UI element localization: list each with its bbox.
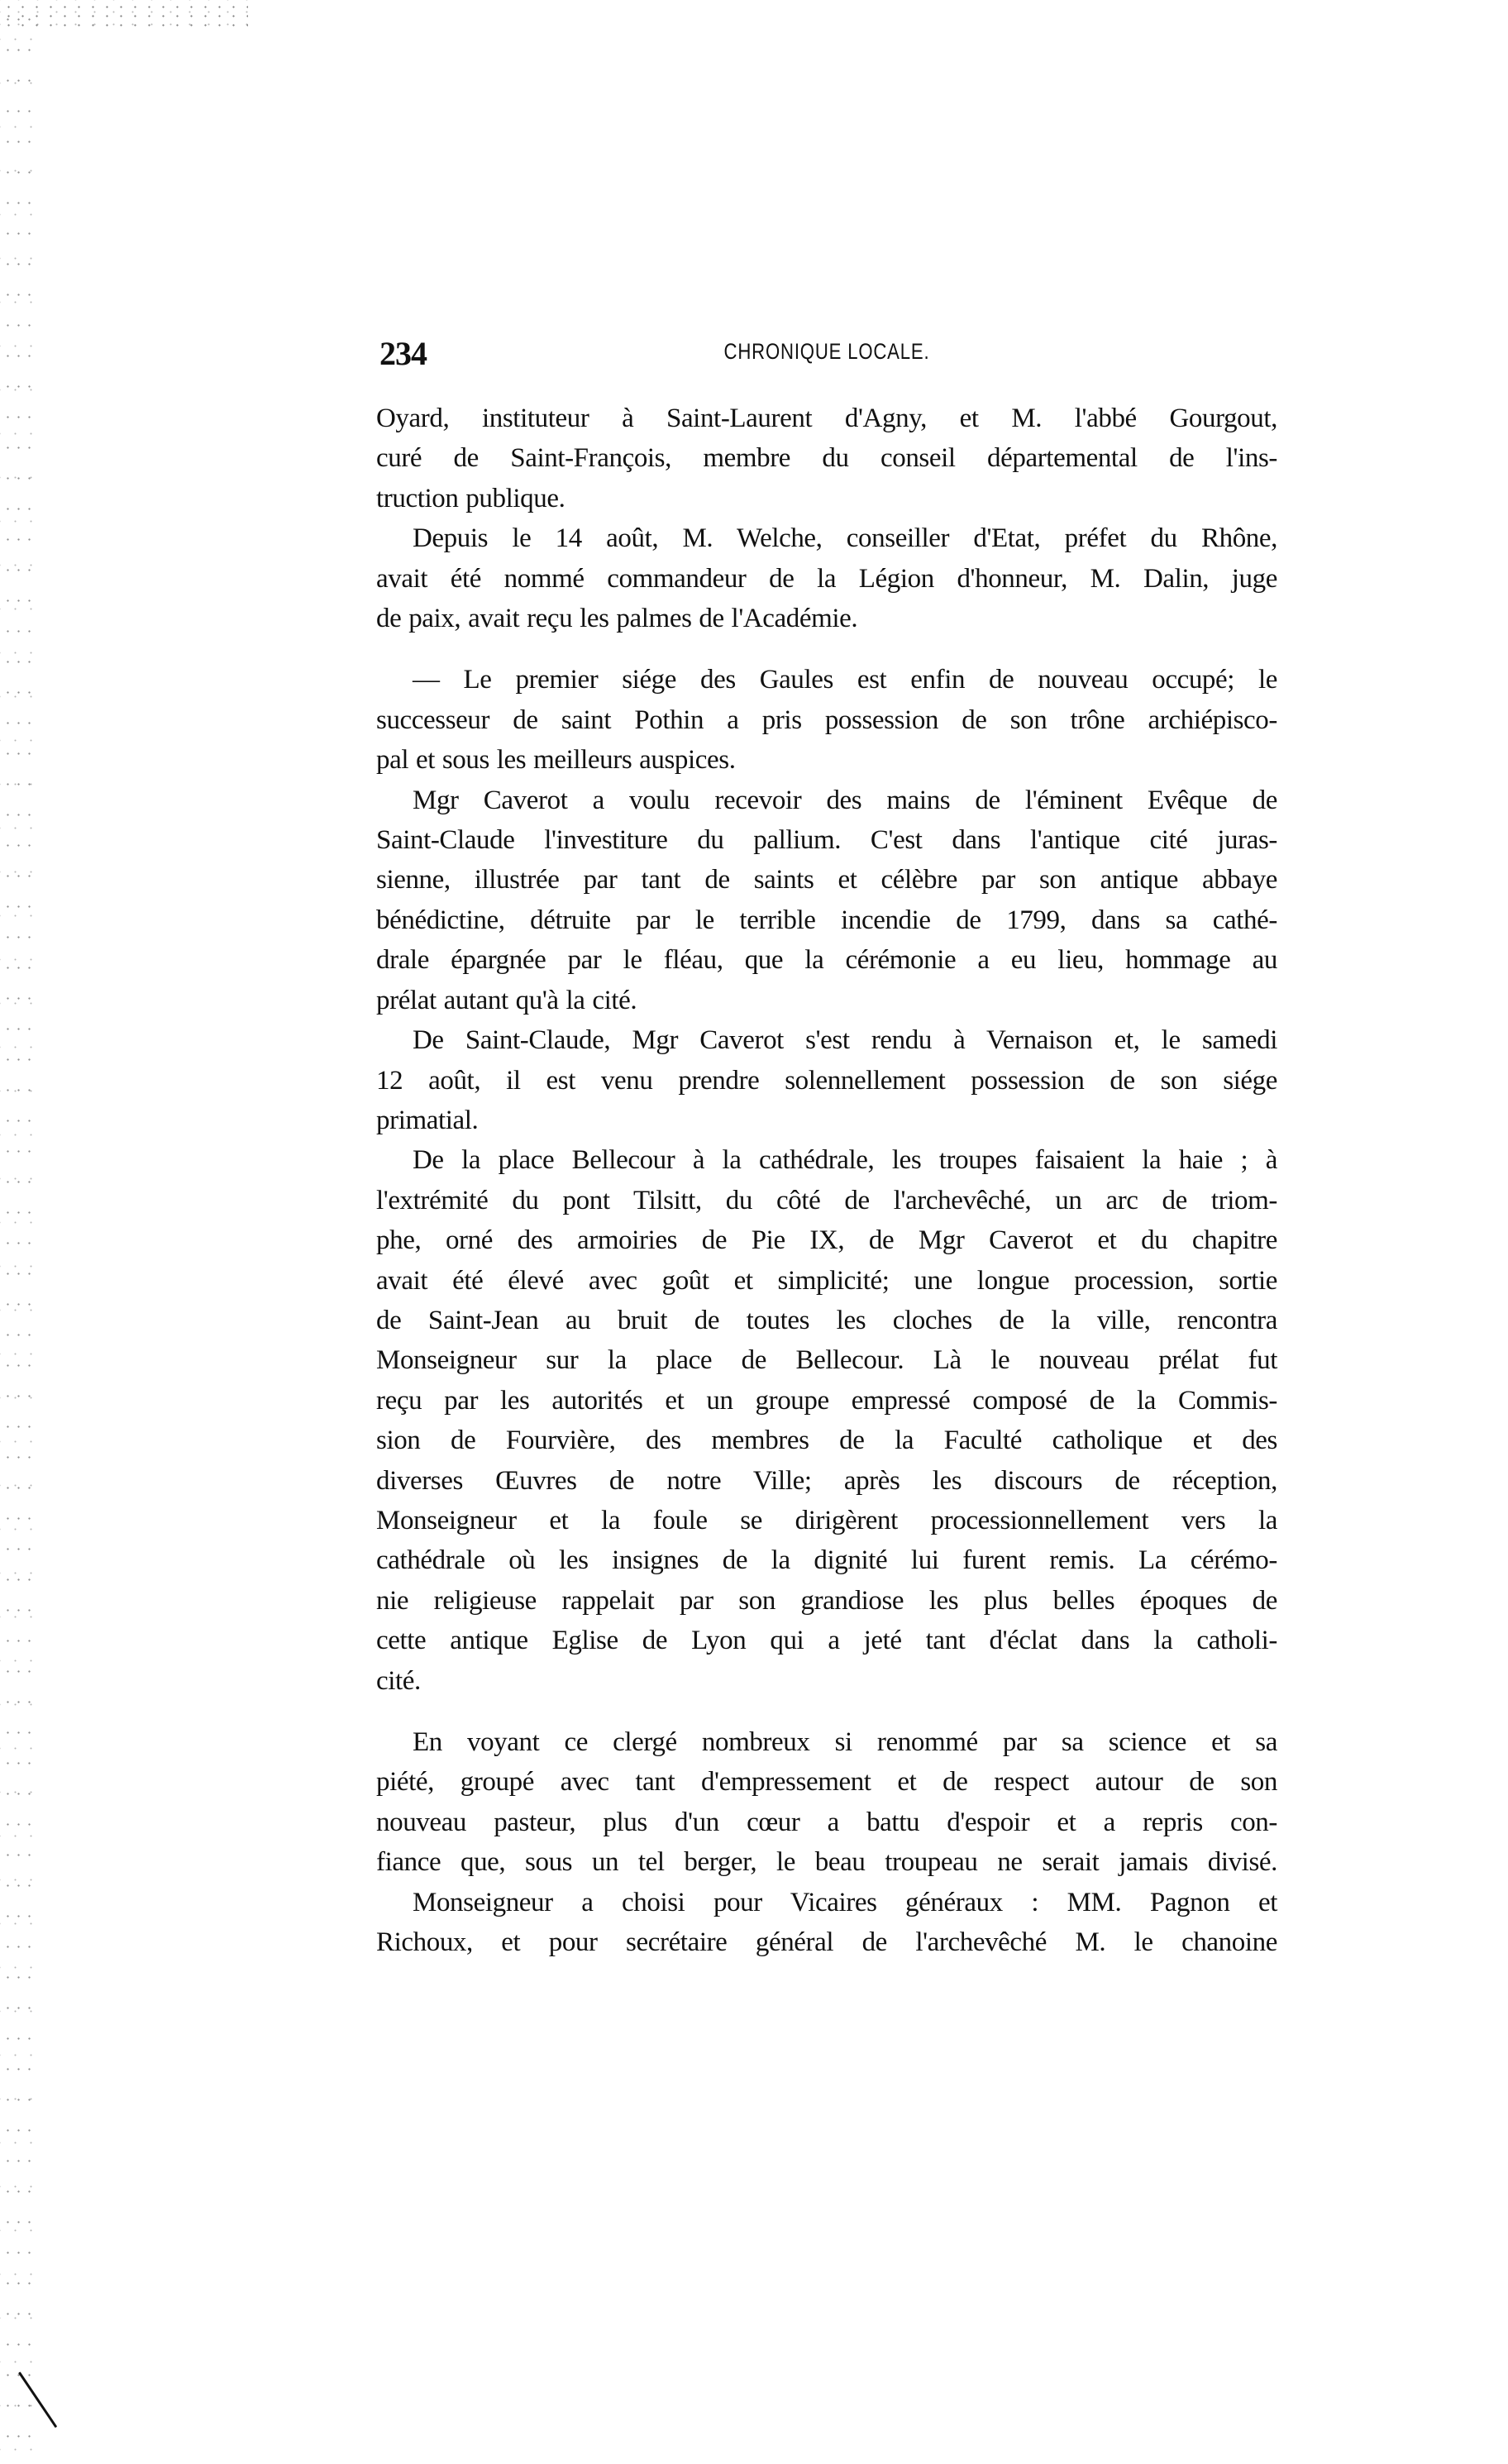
text-line: curé de Saint-François, membre du consei… <box>376 438 1277 478</box>
text-line: cité. <box>376 1661 1277 1701</box>
text-line: de paix, avait reçu les palmes de l'Acad… <box>376 599 1277 638</box>
text-line: drale épargnée par le fléau, que la céré… <box>376 940 1277 980</box>
paragraph: Monseigneur a choisi pour Vicaires génér… <box>376 1883 1277 1963</box>
text-line: diverses Œuvres de notre Ville; après le… <box>376 1461 1277 1501</box>
text-line: Depuis le 14 août, M. Welche, conseiller… <box>376 518 1277 558</box>
text-line: De Saint-Claude, Mgr Caverot s'est rendu… <box>376 1020 1277 1060</box>
paragraph: En voyant ce clergé nombreux si renommé … <box>376 1722 1277 1883</box>
text-line: Monseigneur et la foule se dirigèrent pr… <box>376 1501 1277 1540</box>
body-text: Oyard, instituteur à Saint-Laurent d'Agn… <box>376 399 1277 1962</box>
text-line: Mgr Caverot a voulu recevoir des mains d… <box>376 781 1277 820</box>
text-line: En voyant ce clergé nombreux si renommé … <box>376 1722 1277 1762</box>
scan-speckle-top-edge <box>0 0 248 33</box>
text-column: 234 CHRONIQUE LOCALE. Oyard, instituteur… <box>376 331 1277 1962</box>
text-line: bénédictine, détruite par le terrible in… <box>376 900 1277 940</box>
text-line: prélat autant qu'à la cité. <box>376 981 1277 1020</box>
text-line: fiance que, sous un tel berger, le beau … <box>376 1842 1277 1882</box>
text-line: de Saint-Jean au bruit de toutes les clo… <box>376 1301 1277 1340</box>
paragraph: Oyard, instituteur à Saint-Laurent d'Agn… <box>376 399 1277 518</box>
paragraph: De Saint-Claude, Mgr Caverot s'est rendu… <box>376 1020 1277 1140</box>
paragraph: Mgr Caverot a voulu recevoir des mains d… <box>376 781 1277 1020</box>
text-line: Oyard, instituteur à Saint-Laurent d'Agn… <box>376 399 1277 438</box>
text-line: avait été nommé commandeur de la Légion … <box>376 559 1277 599</box>
text-line: sion de Fourvière, des membres de la Fac… <box>376 1421 1277 1460</box>
text-line: — Le premier siége des Gaules est enfin … <box>376 660 1277 700</box>
text-line: pal et sous les meilleurs auspices. <box>376 740 1277 780</box>
text-line: 12 août, il est venu prendre solennellem… <box>376 1061 1277 1101</box>
text-line: primatial. <box>376 1101 1277 1140</box>
scanned-page: 234 CHRONIQUE LOCALE. Oyard, instituteur… <box>0 0 1508 2464</box>
text-line: truction publique. <box>376 479 1277 518</box>
text-line: Monseigneur a choisi pour Vicaires génér… <box>376 1883 1277 1922</box>
text-line: cette antique Eglise de Lyon qui a jeté … <box>376 1621 1277 1660</box>
text-line: De la place Bellecour à la cathédrale, l… <box>376 1140 1277 1180</box>
text-line: cathédrale où les insignes de la dignité… <box>376 1540 1277 1580</box>
paragraph: — Le premier siége des Gaules est enfin … <box>376 660 1277 780</box>
text-line: nouveau pasteur, plus d'un cœur a battu … <box>376 1803 1277 1842</box>
running-title: CHRONIQUE LOCALE. <box>457 339 1196 365</box>
text-line: nie religieuse rappelait par son grandio… <box>376 1581 1277 1621</box>
paragraph: Depuis le 14 août, M. Welche, conseiller… <box>376 518 1277 638</box>
running-head: 234 CHRONIQUE LOCALE. <box>376 331 1277 380</box>
text-line: l'extrémité du pont Tilsitt, du côté de … <box>376 1181 1277 1220</box>
text-line: Richoux, et pour secrétaire général de l… <box>376 1922 1277 1962</box>
text-line: Monseigneur sur la place de Bellecour. L… <box>376 1340 1277 1380</box>
scan-speckle-left-edge <box>0 0 33 2464</box>
text-line: Saint-Claude l'investiture du pallium. C… <box>376 820 1277 860</box>
text-line: sienne, illustrée par tant de saints et … <box>376 860 1277 900</box>
paragraph: De la place Bellecour à la cathédrale, l… <box>376 1140 1277 1701</box>
text-line: successeur de saint Pothin a pris posses… <box>376 700 1277 740</box>
text-line: piété, groupé avec tant d'empressement e… <box>376 1762 1277 1802</box>
text-line: avait été élevé avec goût et simplicité;… <box>376 1261 1277 1301</box>
page-number: 234 <box>379 334 427 373</box>
text-line: phe, orné des armoiries de Pie IX, de Mg… <box>376 1220 1277 1260</box>
text-line: reçu par les autorités et un groupe empr… <box>376 1381 1277 1421</box>
